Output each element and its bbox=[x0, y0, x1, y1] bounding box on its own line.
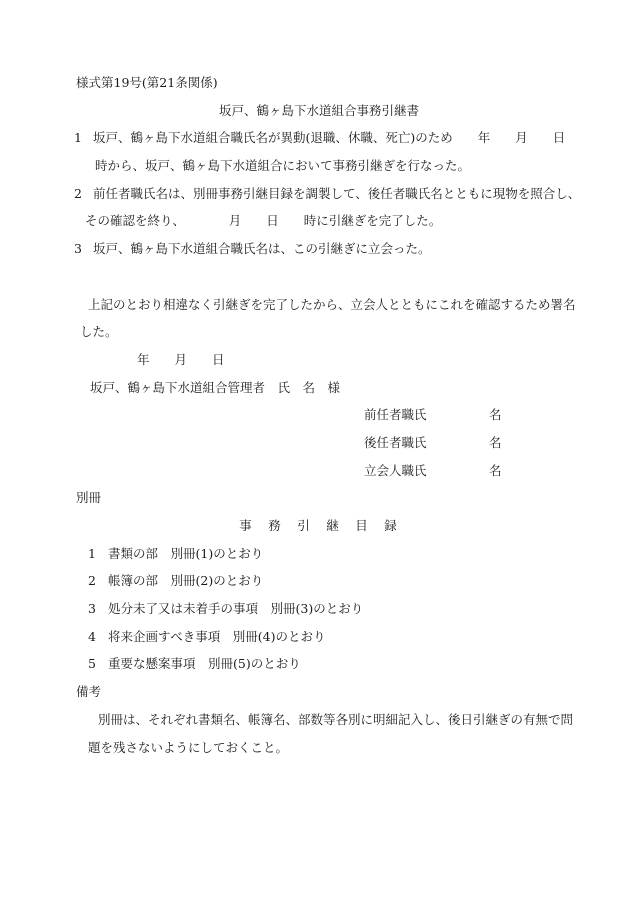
signature-role: 後任者職 bbox=[364, 435, 414, 450]
appendix-item-number: 1 bbox=[88, 540, 108, 568]
closing-paragraph-line-1: 上記のとおり相違なく引継ぎを完了したから、立会人とともにこれを確認するため署名 bbox=[68, 291, 570, 319]
clause-3-line-1: 3坂戸、鶴ヶ島下水道組合職氏名は、この引継ぎに立会った。 bbox=[68, 235, 570, 263]
form-number: 様式第19号(第21条関係) bbox=[68, 69, 570, 97]
remarks-line-1: 別冊は、それぞれ書類名、帳簿名、部数等各別に明細記入し、後日引継ぎの有無で問 bbox=[68, 706, 570, 734]
clause-2-text: 前任者職氏名は、別冊事務引継目録を調製して、後任者職氏名とともに現物を照合し、 bbox=[93, 186, 580, 201]
appendix-item-text: 帳簿の部 別冊(2)のとおり bbox=[108, 573, 263, 588]
appendix-item-2: 2帳簿の部 別冊(2)のとおり bbox=[68, 567, 570, 595]
appendix-item-number: 4 bbox=[88, 623, 108, 651]
clause-2-number: 2 bbox=[74, 180, 93, 208]
signature-row-successor: 後任者職氏 名 bbox=[68, 429, 570, 457]
appendix-item-number: 3 bbox=[88, 595, 108, 623]
appendix-item-5: 5重要な懸案事項 別冊(5)のとおり bbox=[68, 650, 570, 678]
remarks-line-2: 題を残さないようにしておくこと。 bbox=[68, 734, 570, 762]
appendix-item-text: 重要な懸案事項 別冊(5)のとおり bbox=[108, 656, 301, 671]
signature-row-witness: 立会人職氏 名 bbox=[68, 457, 570, 485]
date-blank-line: 年 月 日 bbox=[68, 346, 570, 374]
blank-line bbox=[68, 263, 570, 291]
signature-row-predecessor: 前任者職氏 名 bbox=[68, 401, 570, 429]
document-page: 様式第19号(第21条関係) 坂戸、鶴ヶ島下水道組合事務引継書 1坂戸、鶴ヶ島下… bbox=[0, 0, 630, 903]
clause-3-text: 坂戸、鶴ヶ島下水道組合職氏名は、この引継ぎに立会った。 bbox=[93, 241, 431, 256]
appendix-item-number: 5 bbox=[88, 650, 108, 678]
signature-role: 立会人職 bbox=[364, 463, 414, 478]
signature-name-blank: 氏 名 bbox=[414, 463, 502, 478]
appendix-item-text: 将来企画すべき事項 別冊(4)のとおり bbox=[108, 629, 325, 644]
appendix-item-1: 1書類の部 別冊(1)のとおり bbox=[68, 540, 570, 568]
closing-paragraph-line-2: した。 bbox=[68, 318, 570, 346]
signature-name-blank: 氏 名 bbox=[414, 407, 502, 422]
clause-2-line-2: その確認を終り、 月 日 時に引継ぎを完了した。 bbox=[68, 207, 570, 235]
clause-1-line-1: 1坂戸、鶴ヶ島下水道組合職氏名が異動(退職、休職、死亡)のため 年 月 日 bbox=[68, 124, 570, 152]
document-title: 坂戸、鶴ヶ島下水道組合事務引継書 bbox=[68, 97, 570, 125]
clause-2-line-1: 2前任者職氏名は、別冊事務引継目録を調製して、後任者職氏名とともに現物を照合し、 bbox=[68, 180, 570, 208]
appendix-item-text: 処分未了又は未着手の事項 別冊(3)のとおり bbox=[108, 601, 363, 616]
addressee-line: 坂戸、鶴ヶ島下水道組合管理者 氏 名 様 bbox=[68, 374, 570, 402]
clause-1-line-2: 時から、坂戸、鶴ヶ島下水道組合において事務引継ぎを行なった。 bbox=[68, 152, 570, 180]
remarks-label: 備考 bbox=[68, 678, 570, 706]
clause-1-number: 1 bbox=[74, 124, 93, 152]
appendix-item-3: 3処分未了又は未着手の事項 別冊(3)のとおり bbox=[68, 595, 570, 623]
appendix-item-number: 2 bbox=[88, 567, 108, 595]
signature-name-blank: 氏 名 bbox=[414, 435, 502, 450]
clause-1-text: 坂戸、鶴ヶ島下水道組合職氏名が異動(退職、休職、死亡)のため 年 月 日 bbox=[93, 130, 565, 145]
appendix-title: 事 務 引 継 目 録 bbox=[68, 512, 570, 540]
document-content: 様式第19号(第21条関係) 坂戸、鶴ヶ島下水道組合事務引継書 1坂戸、鶴ヶ島下… bbox=[68, 69, 570, 761]
appendix-label: 別冊 bbox=[68, 484, 570, 512]
appendix-item-text: 書類の部 別冊(1)のとおり bbox=[108, 546, 263, 561]
signature-role: 前任者職 bbox=[364, 407, 414, 422]
appendix-item-4: 4将来企画すべき事項 別冊(4)のとおり bbox=[68, 623, 570, 651]
clause-3-number: 3 bbox=[74, 235, 93, 263]
